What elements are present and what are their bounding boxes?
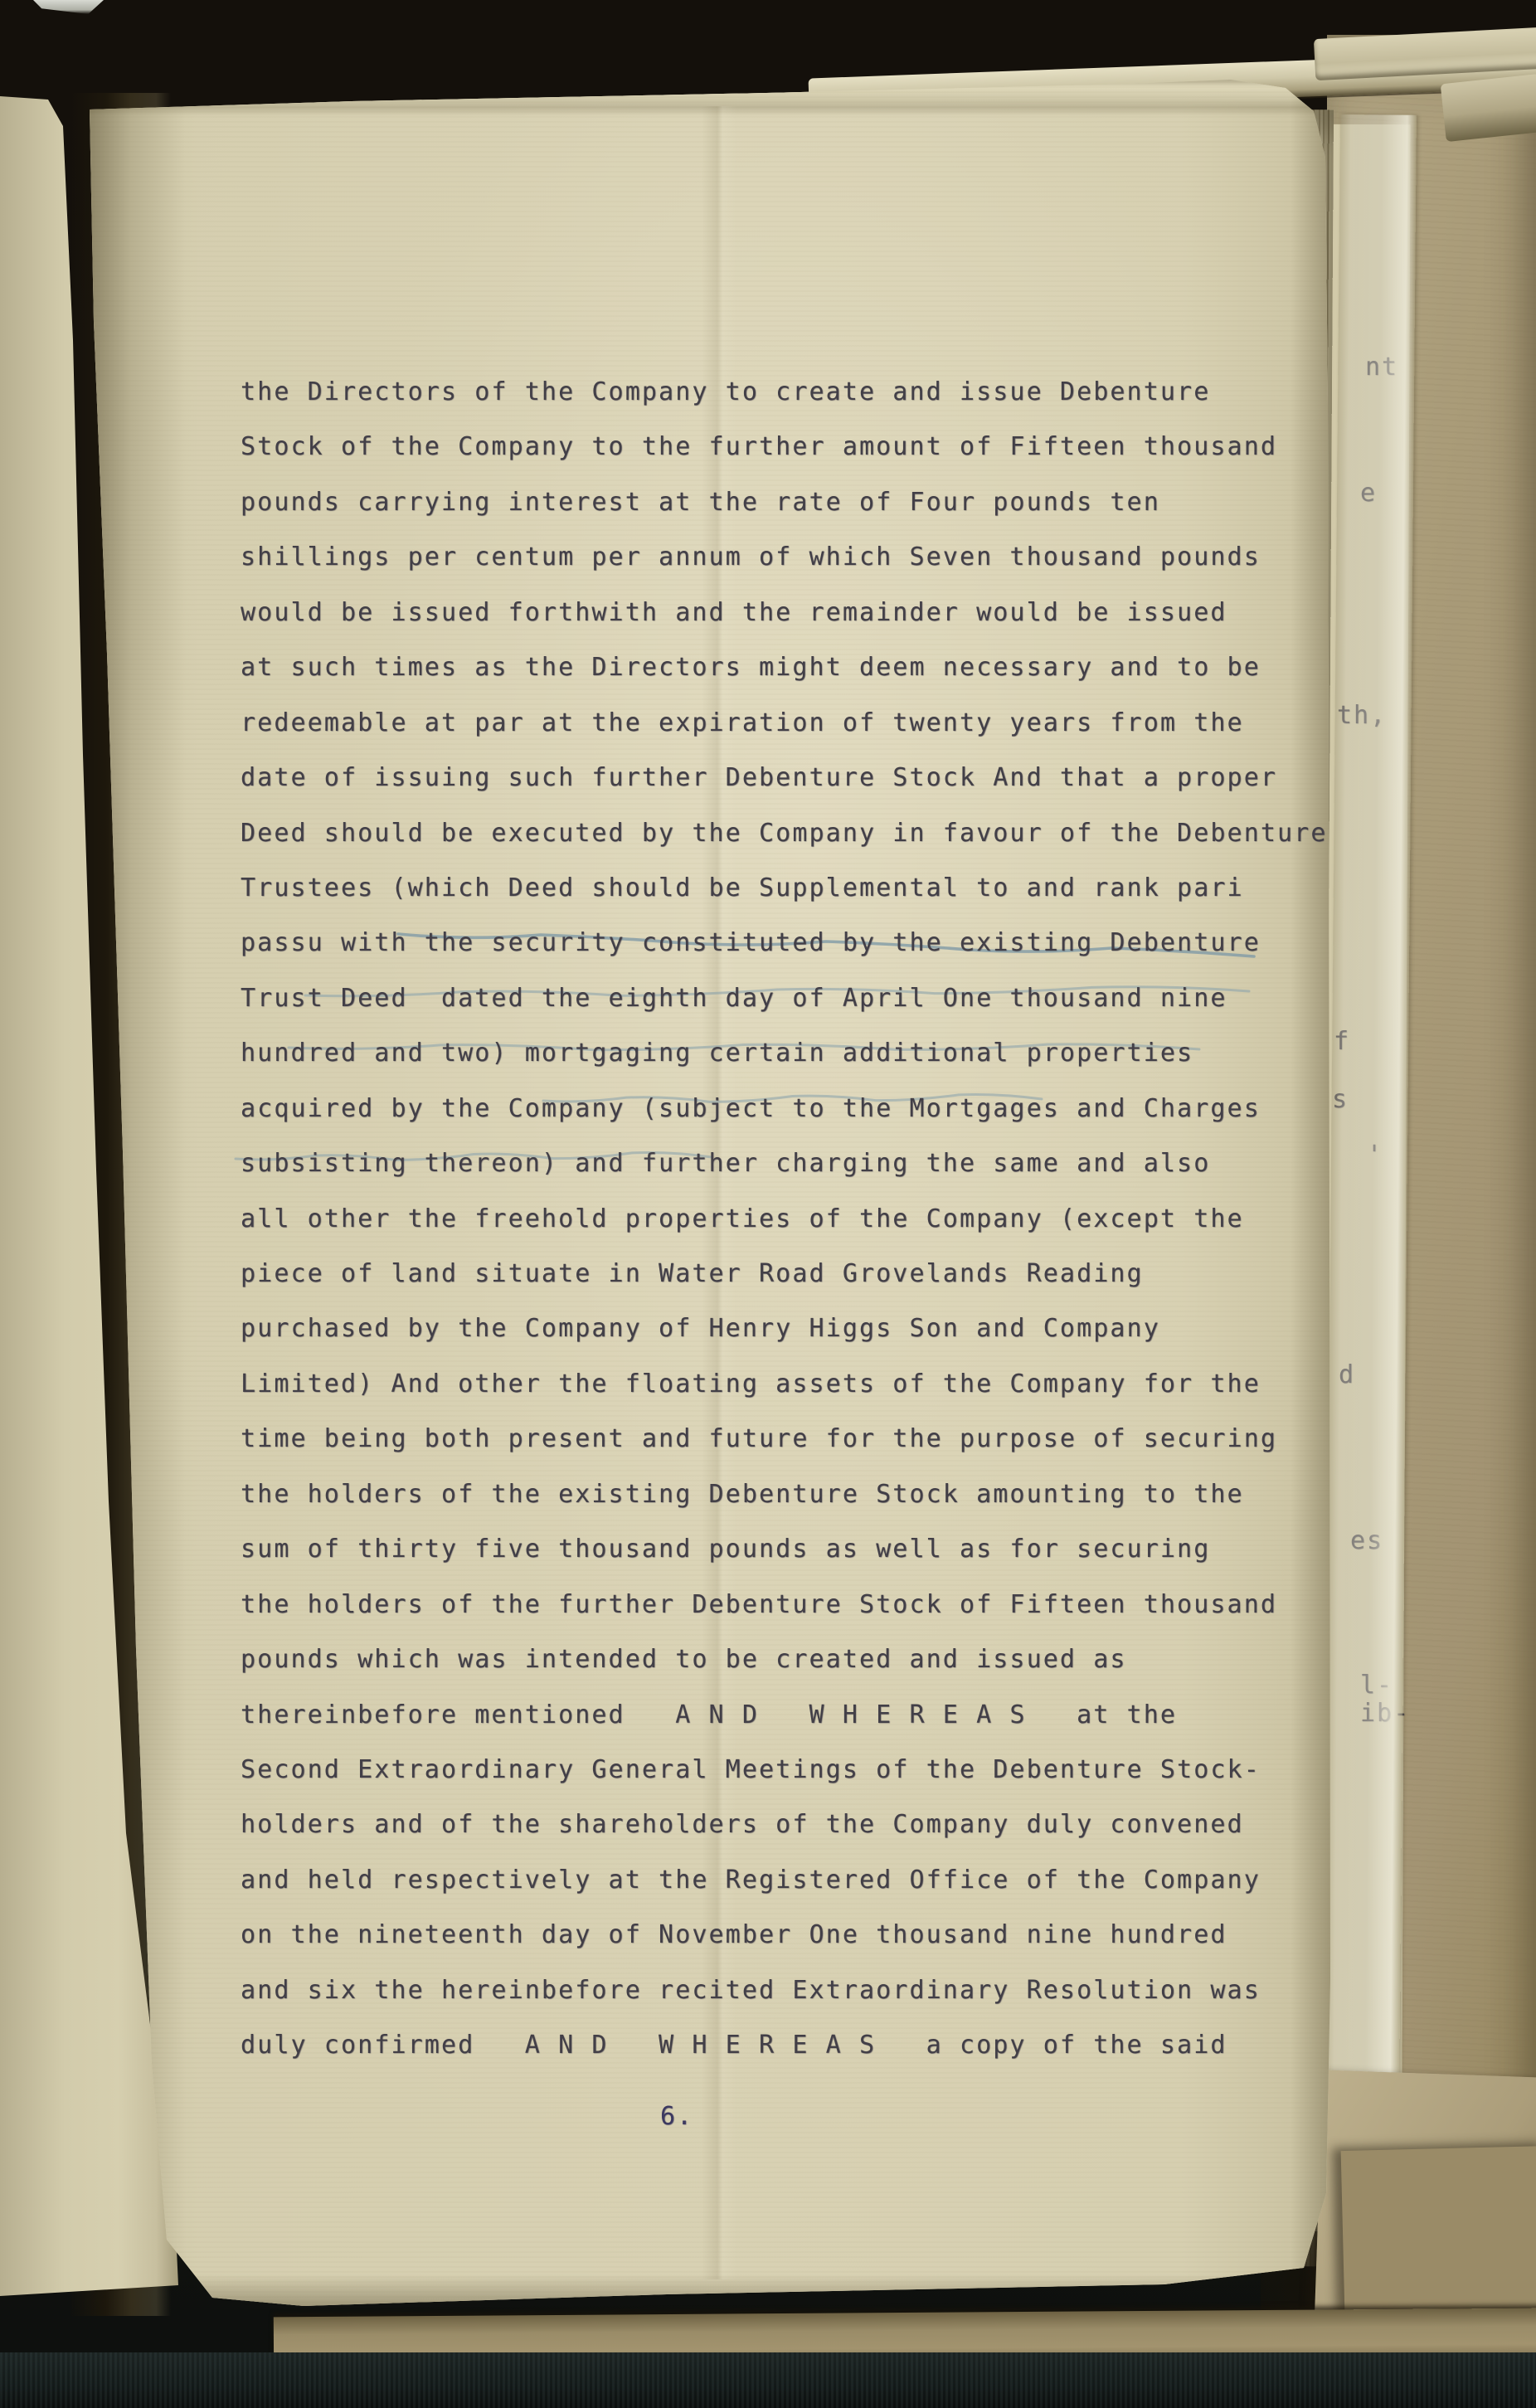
page-number: 6.: [660, 2102, 693, 2131]
typed-line: subsisting thereon) and further charging…: [241, 1136, 1352, 1191]
typed-line: purchased by the Company of Henry Higgs …: [241, 1301, 1352, 1356]
typed-line: holders and of the shareholders of the C…: [241, 1797, 1352, 1852]
typed-line: acquired by the Company (subject to the …: [241, 1082, 1352, 1136]
typed-line: thereinbefore mentioned A N D W H E R E …: [241, 1688, 1352, 1743]
typed-line: pounds which was intended to be created …: [241, 1632, 1352, 1687]
typed-line: redeemable at par at the expiration of t…: [241, 696, 1352, 751]
typed-line: would be issued forthwith and the remain…: [241, 586, 1352, 640]
typed-line: date of issuing such further Debenture S…: [241, 751, 1352, 805]
typed-line: Deed should be executed by the Company i…: [241, 806, 1352, 861]
typed-line: at such times as the Directors might dee…: [241, 640, 1352, 695]
typed-line: the holders of the existing Debenture St…: [241, 1467, 1352, 1522]
typed-line: the holders of the further Debenture Sto…: [241, 1578, 1352, 1632]
typed-line: and held respectively at the Registered …: [241, 1853, 1352, 1908]
typed-line: duly confirmed A N D W H E R E A S a cop…: [241, 2018, 1352, 2073]
scanned-document-photo: nteth,fs'desl-ib-ar the Directors of the…: [0, 0, 1536, 2408]
typed-line: the Directors of the Company to create a…: [241, 365, 1352, 420]
typed-line: time being both present and future for t…: [241, 1412, 1352, 1467]
typed-line: on the nineteenth day of November One th…: [241, 1908, 1352, 1963]
typed-line: Limited) And other the floating assets o…: [241, 1357, 1352, 1412]
typed-line: Trustees (which Deed should be Supplemen…: [241, 861, 1352, 916]
typed-line: pounds carrying interest at the rate of …: [241, 475, 1352, 530]
typed-line: sum of thirty five thousand pounds as we…: [241, 1522, 1352, 1577]
typed-line: shillings per centum per annum of which …: [241, 530, 1352, 585]
typed-line: and six the hereinbefore recited Extraor…: [241, 1963, 1352, 2018]
typed-line: Trust Deed dated the eighth day of April…: [241, 971, 1352, 1026]
typed-line: piece of land situate in Water Road Grov…: [241, 1247, 1352, 1301]
typed-line: passu with the security constituted by t…: [241, 916, 1352, 970]
scan-corner-artifact: [33, 0, 104, 14]
typed-line: hundred and two) mortgaging certain addi…: [241, 1026, 1352, 1081]
typed-line: all other the freehold properties of the…: [241, 1192, 1352, 1247]
document-page: the Directors of the Company to create a…: [86, 73, 1330, 2313]
typed-line: Second Extraordinary General Meetings of…: [241, 1743, 1352, 1797]
typed-text-block: the Directors of the Company to create a…: [241, 365, 1352, 2074]
page-bottom-shading: [86, 2274, 1330, 2313]
book-cloth-cover: [0, 2352, 1536, 2408]
typed-line: Stock of the Company to the further amou…: [241, 420, 1352, 474]
stacked-page-edge: [1441, 74, 1536, 142]
